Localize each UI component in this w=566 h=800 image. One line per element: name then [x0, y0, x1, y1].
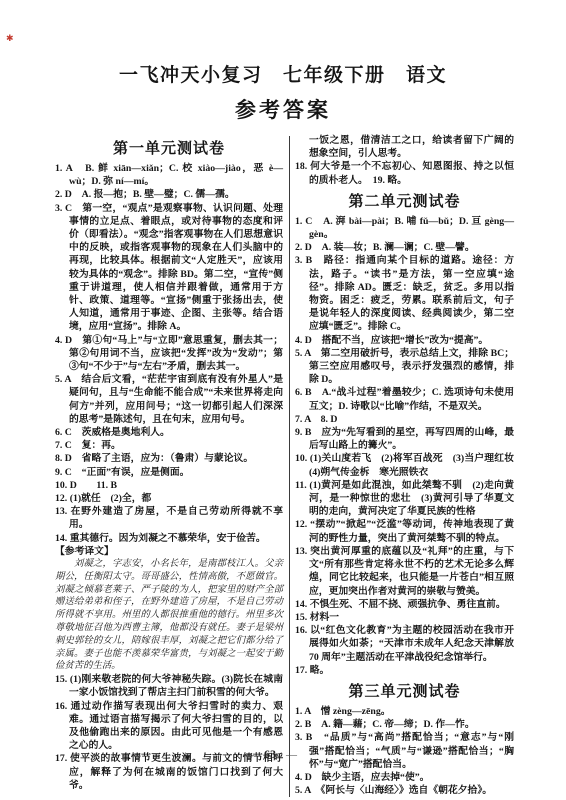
answer-item: 9. B 应为“先写看到的星空，再写四周的山峰，最后写山路上的篝火”。: [295, 426, 514, 452]
answer-item: 6. C 茨威格是奥地利人。: [55, 426, 283, 439]
page-number-footer: —63—: [0, 748, 540, 762]
answer-item: 5. A 结合后文看，“茫茫宇宙到底有没有外星人”是疑问句，且与“生命能不能合成…: [55, 373, 283, 426]
answer-item: 4. D 缺少主语，应去掉“使”。: [295, 771, 514, 784]
book-title: 一飞冲天小复习 七年级下册 语文: [0, 0, 566, 87]
answer-item: 7. A 8. D: [295, 413, 514, 426]
translation-label: 【参考译文】: [55, 545, 283, 558]
section-2-heading: 第二单元测试卷: [295, 190, 514, 211]
answer-item: 1. A 憎 zèng—zēng。: [295, 705, 514, 718]
answer-item: 16. 通过动作描写表现出何大爷扫雪时的卖力、艰难。通过语言描写揭示了何大爷扫雪…: [55, 700, 283, 753]
answer-item: 13. 在野外建造了房屋，不是自己劳动所得就不享用。: [55, 505, 283, 531]
section-1-heading: 第一单元测试卷: [55, 137, 283, 158]
answer-item: 10. D 11. B: [55, 479, 283, 492]
answer-item: 2. B A. 籍—藉；C. 帝—缔；D. 作—怍。: [295, 718, 514, 731]
footer-right-dash: —: [286, 749, 297, 761]
answer-item: 6. B A.“战斗过程”着墨较少；C. 选项诗句未使用互文；D. 诗歌以“比喻…: [295, 386, 514, 412]
answer-item: 2. D A. 报—抱；B. 壁—璧；C. 儒—孺。: [55, 188, 283, 201]
answer-item: 9. C “正面”有误，应是侧面。: [55, 466, 283, 479]
answer-item: 3. B 路径：指通向某个目标的道路。途径：方法，路子。“读书”是方法，第一空应…: [295, 254, 514, 333]
answer-item: 8. D 省略了主语，应为：（鲁肃）与蒙论议。: [55, 452, 283, 465]
two-column-layout: 第一单元测试卷 1. A B. 鲜 xiān—xiǎn；C. 校 xiào—ji…: [55, 134, 514, 797]
translation-text: 刘凝之，字志安，小名长年，是南郡枝江人。父亲期公，任衡阳太守。哥哥盛公，性情高傲…: [55, 558, 283, 673]
answer-item: 10. (1)关山度若飞 (2)将军百战死 (3)当户理红妆 (4)朔气传金柝 …: [295, 452, 514, 478]
answer-item: 12. (1)就任 (2)全，都: [55, 492, 283, 505]
page-number: 63: [264, 747, 276, 761]
section-3-heading: 第三单元测试卷: [295, 680, 514, 701]
page-title: 参考答案: [0, 94, 566, 124]
answer-item: 3. C 第一空，“观点”是观察事物、认识问题、处理事情的立足点、着眼点，或对待…: [55, 202, 283, 334]
answer-item: 5. A 《阿长与〈山海经〉》选自《朝花夕拾》。: [295, 784, 514, 797]
answer-item: 13. 突出黄河厚重的底蕴以及“礼拜”的庄重，与下文“所有那些肯定将永世不朽的艺…: [295, 545, 514, 598]
answer-item-continuation: 一饭之恩，借清洁工之口，给读者留下广阔的想象空间，引人思考。: [295, 134, 514, 160]
answer-item: 17. 略。: [295, 664, 514, 677]
answer-item: 15. (1)刚来敬老院的何大爷神秘失踪。(3)院长在城南一家小饭馆找到了帮店主…: [55, 673, 283, 699]
left-column: 第一单元测试卷 1. A B. 鲜 xiān—xiǎn；C. 校 xiào—ji…: [55, 134, 283, 797]
answer-item: 4. D 搭配不当，应该把“增长”改为“提高”。: [295, 334, 514, 347]
answer-item: 1. C A. 湃 bài—pài；B. 哺 fǔ—bǔ；D. 亘 gèng—g…: [295, 215, 514, 241]
answer-item: 18. 何大爷是一个不忘初心、知恩图报、持之以恒的质朴老人。 19. 略。: [295, 160, 514, 186]
answer-item: 12. “摆动”“掀起”“泛滥”等动词，传神地表现了黄河的野性力量，突出了黄河桀…: [295, 518, 514, 544]
answer-item: 14. 不惧生死、不屈不挠、顽强抗争、勇往直前。: [295, 598, 514, 611]
answer-item: 4. D 第①句“马上”与“立即”意思重复，删去其一；第②句用词不当，应该把“发…: [55, 334, 283, 374]
answer-item: 16. 以“红色文化教育”为主题的校园活动在我市开展得如火如荼；“天津市未成年人…: [295, 624, 514, 664]
answer-item: 7. C 复：再。: [55, 439, 283, 452]
answer-item: 1. A B. 鲜 xiān—xiǎn；C. 校 xiào—jiào，恶 è—w…: [55, 162, 283, 188]
answer-item: 15. 材料一: [295, 611, 514, 624]
answer-item: 11. (1)黄河是如此混浊，如此桀骜不驯 (2)走向黄河，是一种惊世的悲壮 (…: [295, 479, 514, 519]
footer-left-dash: —: [243, 749, 254, 761]
right-column: 一饭之恩，借清洁工之口，给读者留下广阔的想象空间，引人思考。 18. 何大爷是一…: [295, 134, 514, 797]
column-divider: [289, 136, 290, 797]
answer-item: 14. 重其德行。因为刘凝之不慕荣华，安于俭苦。: [55, 532, 283, 545]
answer-item: 2. D A. 装—妆；B. 澜—谰；C. 壁—譬。: [295, 241, 514, 254]
answer-key-page: ✱ 一飞冲天小复习 七年级下册 语文 参考答案 第一单元测试卷 1. A B. …: [0, 0, 566, 800]
red-corner-mark-icon: ✱: [6, 34, 14, 43]
answer-item: 5. A 第二空用破折号，表示总结上文，排除 BC；第三空应用感叹号，表示抒发强…: [295, 347, 514, 387]
